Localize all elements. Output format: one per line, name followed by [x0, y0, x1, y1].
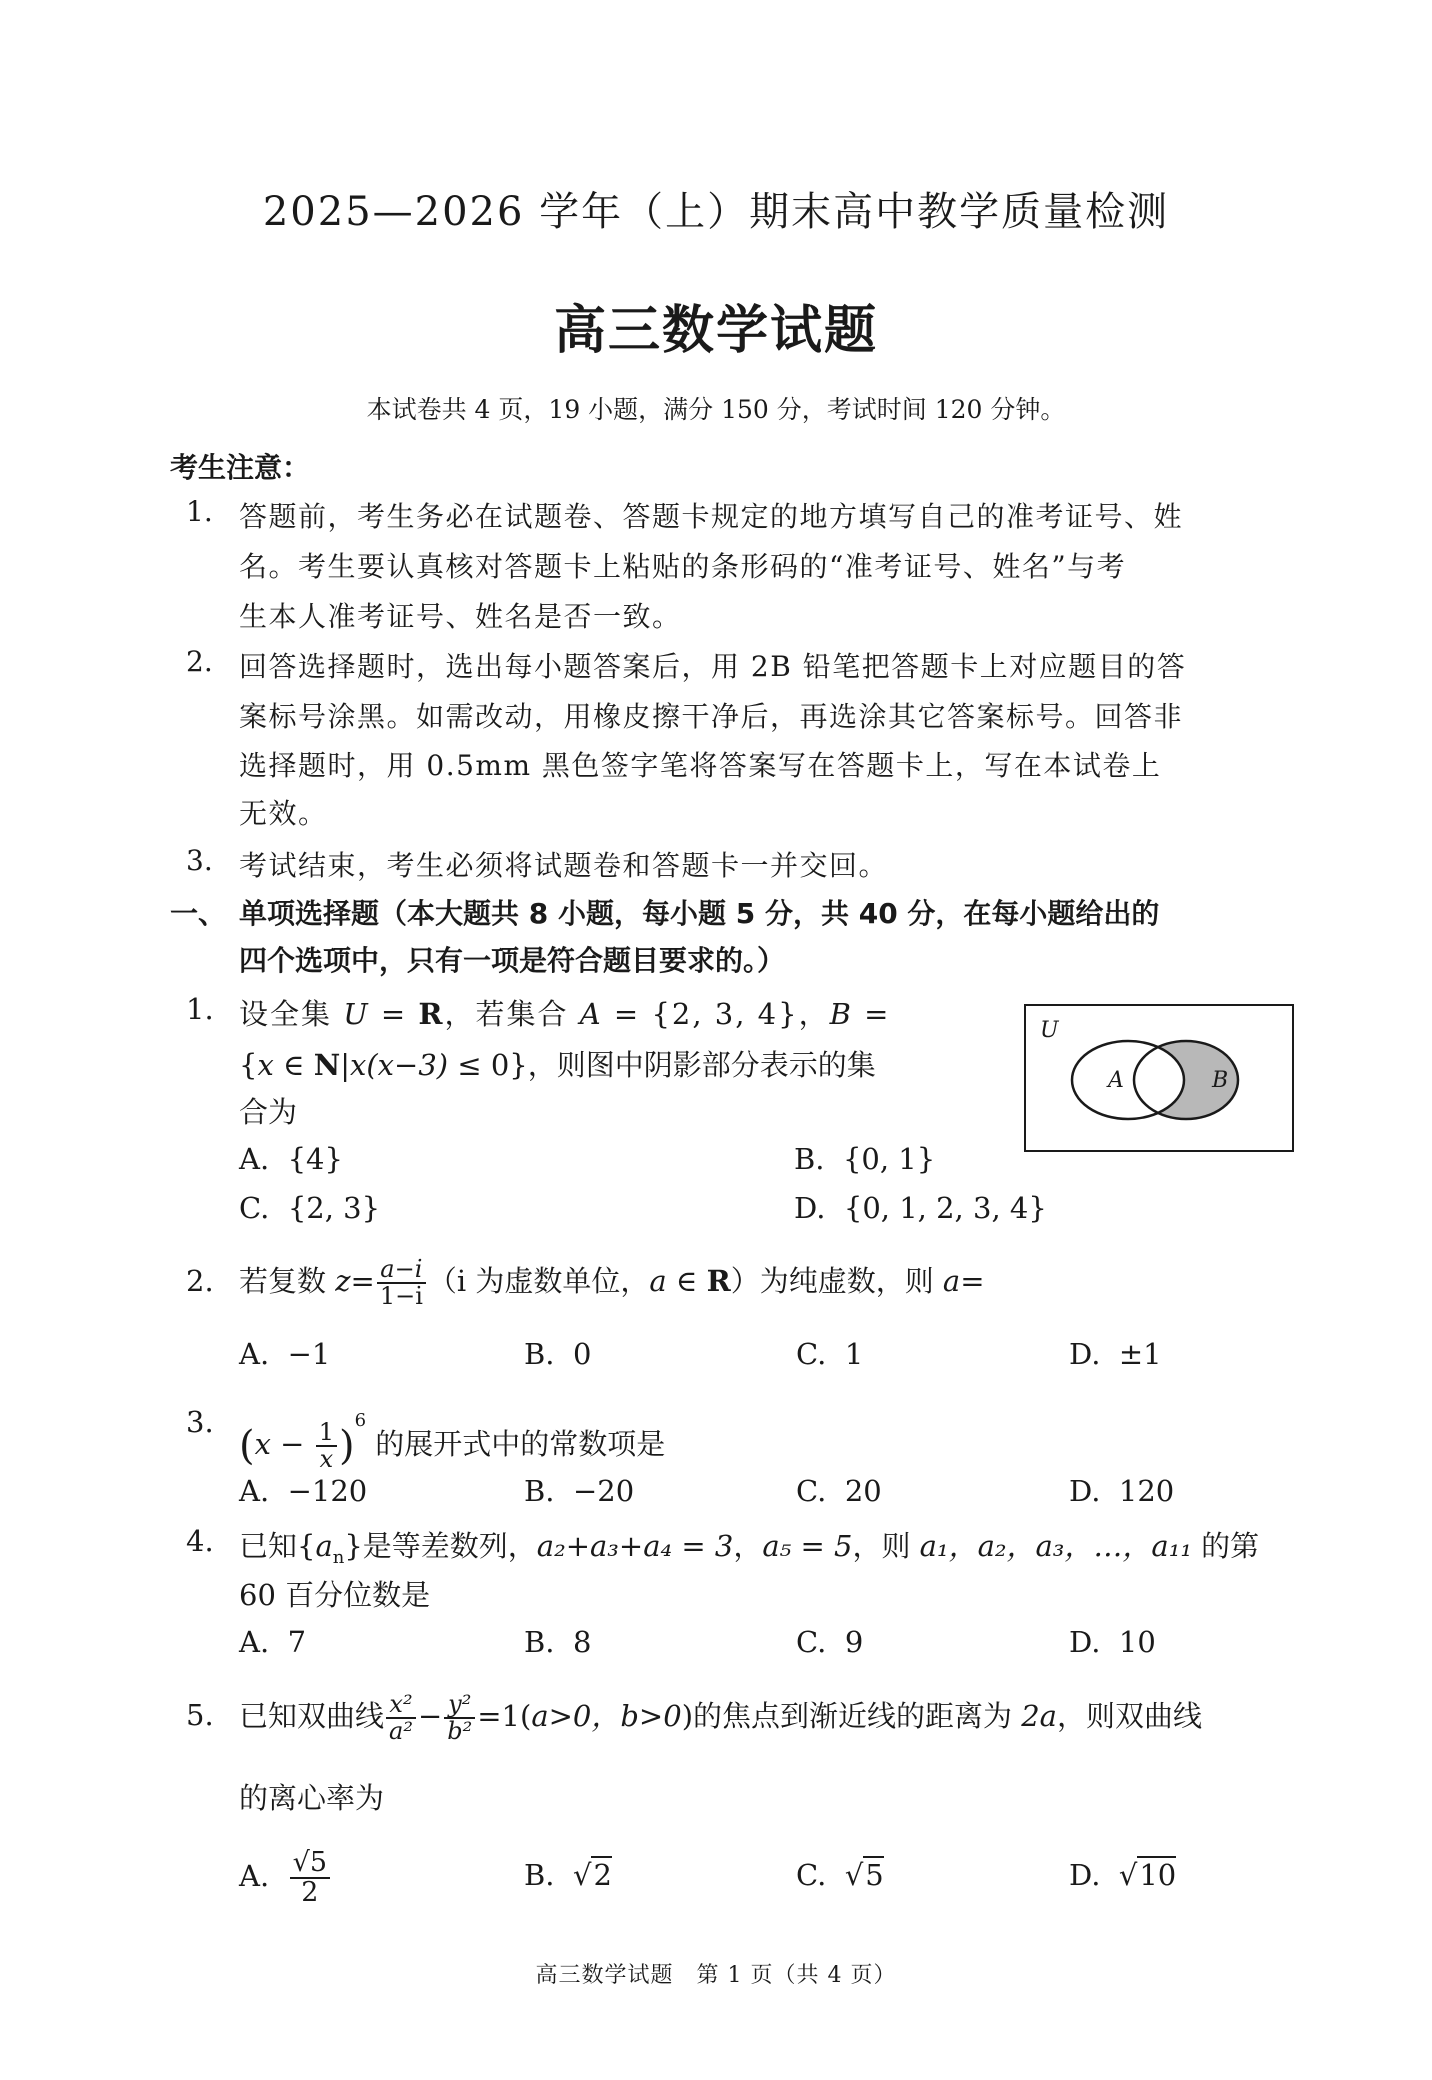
q5-number: 5.	[186, 1698, 214, 1732]
section-heading-line-1: 单项选择题（本大题共 8 小题，每小题 5 分，共 40 分，在每小题给出的	[239, 892, 1159, 932]
notice-item-2-number: 2.	[186, 645, 213, 678]
q4-option-c: C. 9	[796, 1625, 863, 1659]
notice-item-2-line-4: 无效。	[239, 792, 328, 832]
q5-fraction-y: y²b²	[444, 1692, 475, 1744]
q1-line-2: {x ∈ N|x(x−3) ≤ 0}，则图中阴影部分表示的集	[239, 1043, 876, 1084]
sqrt-icon: √	[845, 1858, 863, 1892]
q3-option-d: D. 120	[1069, 1474, 1174, 1508]
q4-option-b: B. 8	[524, 1625, 591, 1659]
q2-stem: 若复数 z=a−i1−i（i 为虚数单位，a ∈ R）为纯虚数，则 a=	[239, 1246, 985, 1316]
exam-title: 2025—2026 学年（上）期末高中教学质量检测	[0, 180, 1432, 237]
notice-item-1-line-3: 生本人准考证号、姓名是否一致。	[239, 595, 682, 635]
section-number: 一、	[170, 892, 226, 932]
q5-option-c: C. √5	[796, 1858, 884, 1892]
q2-option-d: D. ±1	[1069, 1337, 1162, 1371]
venn-label-b: B	[1212, 1068, 1228, 1093]
q5-option-b: B. √2	[524, 1858, 612, 1892]
q4-line-1: 已知{an}是等差数列，a₂+a₃+a₄ = 3，a₅ = 5，则 a₁，a₂，…	[239, 1524, 1259, 1568]
page-footer: 高三数学试题 第 1 页（共 4 页）	[0, 1958, 1432, 1989]
q5-line-1: 已知双曲线x²a²−y²b²=1(a>0，b>0)的焦点到渐近线的距离为 2a，…	[239, 1680, 1202, 1752]
notice-item-1-line-1: 答题前，考生务必在试题卷、答题卡规定的地方填写自己的准考证号、姓	[239, 495, 1183, 535]
venn-svg	[1026, 1006, 1292, 1150]
q1-option-b: B. {0, 1}	[794, 1142, 935, 1176]
q3-number: 3.	[186, 1405, 214, 1439]
sqrt-icon: √	[573, 1858, 591, 1892]
q2-option-a: A. −1	[239, 1337, 330, 1371]
q2-fraction: a−i1−i	[377, 1257, 426, 1309]
q1-line-3: 合为	[239, 1090, 297, 1131]
notice-item-2-line-2: 案标号涂黑。如需改动，用橡皮擦干净后，再选涂其它答案标号。回答非	[239, 695, 1183, 735]
q5-option-a: A. √52	[239, 1840, 332, 1912]
q4-option-a: A. 7	[239, 1625, 306, 1659]
q2-number: 2.	[186, 1264, 214, 1298]
q3-option-c: C. 20	[796, 1474, 882, 1508]
q4-option-d: D. 10	[1069, 1625, 1156, 1659]
q1-line-1: 设全集 U = R，若集合 A = {2, 3, 4}，B =	[239, 992, 890, 1033]
q1-number: 1.	[186, 992, 214, 1026]
q5-line-2: 的离心率为	[239, 1776, 384, 1817]
notice-item-3-line-1: 考试结束，考生必须将试题卷和答题卡一并交回。	[239, 844, 888, 884]
q2-option-c: C. 1	[796, 1337, 863, 1371]
notice-item-2-line-1: 回答选择题时，选出每小题答案后，用 2B 铅笔把答题卡上对应题目的答	[239, 645, 1186, 685]
venn-label-a: A	[1108, 1068, 1124, 1093]
q3-fraction: 1x	[316, 1420, 337, 1472]
sqrt-icon: √	[1119, 1858, 1137, 1892]
q1-option-a: A. {4}	[239, 1142, 343, 1176]
q1-option-d: D. {0, 1, 2, 3, 4}	[794, 1191, 1047, 1225]
q1-option-c: C. {2, 3}	[239, 1191, 380, 1225]
q4-number: 4.	[186, 1524, 214, 1558]
notice-item-2-line-3: 选择题时，用 0.5mm 黑色签字笔将答案写在答题卡上，写在本试卷上	[239, 744, 1161, 784]
q2-option-b: B. 0	[524, 1337, 591, 1371]
notice-heading: 考生注意：	[170, 446, 310, 486]
q5-option-d: D. √10	[1069, 1858, 1176, 1892]
q3-option-b: B. −20	[524, 1474, 634, 1508]
notice-item-3-number: 3.	[186, 844, 213, 877]
section-heading-line-2: 四个选项中，只有一项是符合题目要求的。）	[239, 939, 785, 979]
q4-line-2: 60 百分位数是	[239, 1573, 430, 1614]
q3-option-a: A. −120	[239, 1474, 367, 1508]
venn-diagram: U A B	[1024, 1004, 1294, 1152]
paper-summary: 本试卷共 4 页，19 小题，满分 150 分，考试时间 120 分钟。	[0, 390, 1432, 426]
q3-stem: (x − 1x)6 的展开式中的常数项是	[239, 1385, 665, 1482]
notice-item-1-number: 1.	[186, 495, 213, 528]
q5-option-a-fraction: √52	[290, 1849, 330, 1908]
notice-item-1-line-2: 名。考生要认真核对答题卡上粘贴的条形码的“准考证号、姓名”与考	[239, 545, 1126, 585]
venn-label-u: U	[1040, 1018, 1059, 1043]
q5-fraction-x: x²a²	[386, 1692, 416, 1744]
paper-title: 高三数学试题	[0, 288, 1432, 363]
